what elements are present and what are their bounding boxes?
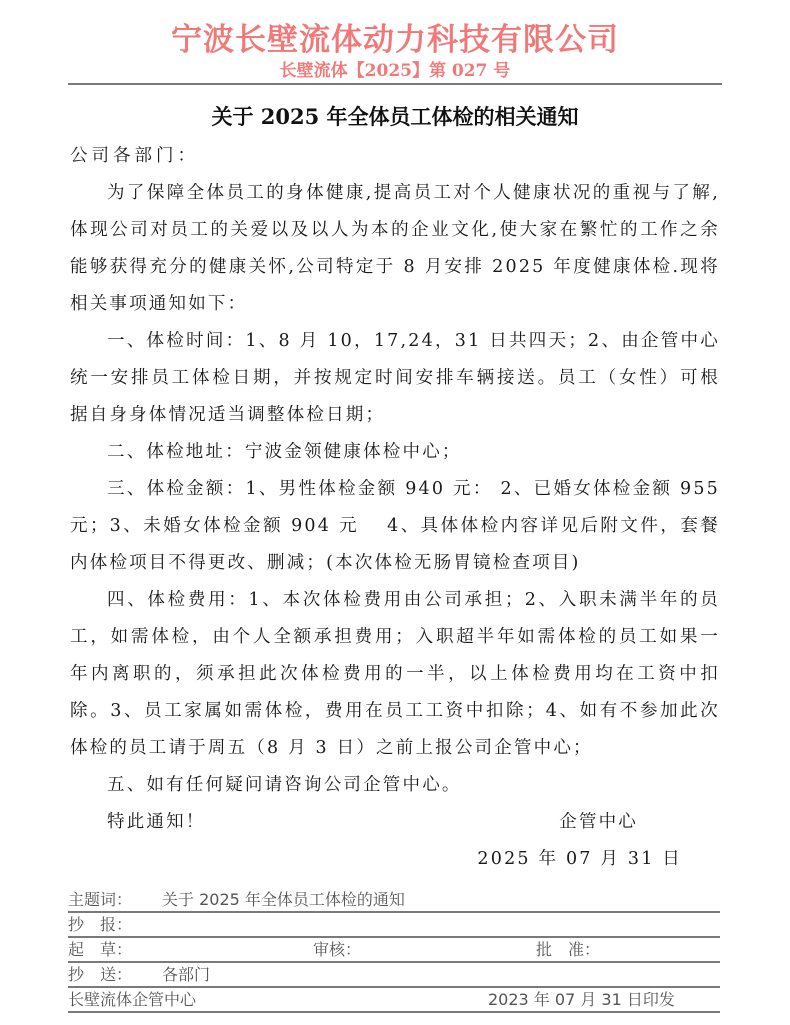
document-title: 关于 2025 年全体员工体检的相关通知 [0, 101, 790, 131]
footer-report-row: 抄 报： [68, 913, 720, 938]
document-number: 长壁流体【2025】第 027 号 [0, 56, 790, 81]
salutation: 公司各部门： [70, 138, 720, 175]
subject-label: 主题词： [68, 888, 132, 911]
closing-row: 特此通知！ 企管中心 [70, 804, 720, 841]
footer-subject-row: 主题词： 关于 2025 年全体员工体检的通知 [68, 888, 720, 913]
footer-cc-row: 抄 送： 各部门 [68, 963, 720, 988]
footer-issuer-row: 长壁流体企管中心 2023 年 07 月 31 日印发 [68, 988, 720, 1013]
cc-label: 抄 送： [68, 963, 132, 986]
intro-paragraph: 为了保障全体员工的身体健康,提高员工对个人健康状况的重视与了解,体现公司对员工的… [70, 175, 720, 323]
footer-signoff-row: 起 草： 审核： 批 准： [68, 938, 720, 963]
subject-value: 关于 2025 年全体员工体检的通知 [162, 888, 405, 911]
document-body: 公司各部门： 为了保障全体员工的身体健康,提高员工对个人健康状况的重视与了解,体… [70, 138, 720, 878]
report-label: 抄 报： [68, 913, 132, 936]
document-footer: 主题词： 关于 2025 年全体员工体检的通知 抄 报： 起 草： 审核： 批 … [68, 888, 720, 1013]
section-exam-cost: 四、体检费用：1、本次体检费用由公司承担；2、入职未满半年的员工，如需体检，由个… [70, 582, 720, 767]
signing-department: 企管中心 [559, 804, 638, 841]
print-date: 2023 年 07 月 31 日印发 [488, 988, 675, 1011]
section-questions: 五、如有任何疑问请咨询公司企管中心。 [70, 767, 720, 804]
header-divider [68, 83, 722, 85]
section-exam-amount: 三、体检金额：1、男性体检金额 940 元： 2、已婚女体检金额 955 元；3… [70, 471, 720, 582]
closing-notice: 特此通知！ [107, 804, 206, 841]
footer-issuer: 长壁流体企管中心 [68, 988, 196, 1011]
signing-date: 2025 年 07 月 31 日 [70, 841, 720, 878]
section-exam-address: 二、体检地址：宁波金领健康体检中心； [70, 434, 720, 471]
approve-label: 批 准： [536, 938, 600, 961]
review-label: 审核： [313, 938, 361, 961]
draft-label: 起 草： [68, 938, 132, 961]
section-exam-time: 一、体检时间：1、8 月 10，17,24，31 日共四天；2、由企管中心统一安… [70, 323, 720, 434]
company-name: 宁波长壁流体动力科技有限公司 [0, 14, 790, 59]
cc-value: 各部门 [162, 963, 210, 986]
